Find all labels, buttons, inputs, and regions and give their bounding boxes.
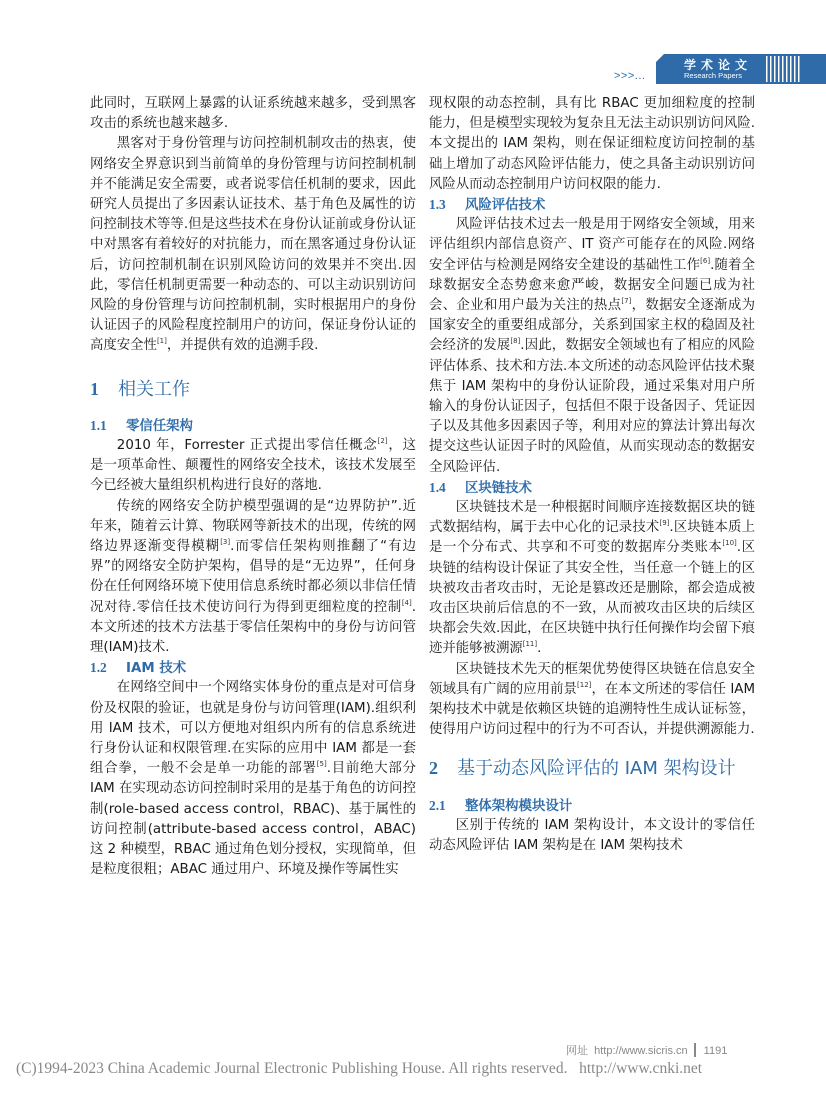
section-heading-2: 2基于动态风险评估的 IAM 架构设计 [429,758,755,779]
section-badge: 学术论文 Research Papers [656,54,826,84]
subsection-title: 整体架构模块设计 [465,797,572,817]
right-column: 现权限的动态控制，具有比 RBAC 更加细粒度的控制能力，但是模型实现较为复杂且… [429,94,755,856]
citation-ref[interactable]: [8] [510,337,520,345]
paragraph: 黑客对于身份管理与访问控制机制攻击的热衷，使网络安全界意识到当前简单的身份管理与… [90,134,416,356]
text: . [537,641,541,656]
section-heading-1: 1相关工作 [90,379,416,400]
url-label: 网址 [566,1045,588,1057]
subsection-number: 1.2 [90,658,126,678]
section-number: 2 [429,758,457,778]
subsection-heading-2-1: 2.1整体架构模块设计 [429,796,755,816]
text: 2010 年，Forrester 正式提出零信任概念 [117,438,378,453]
citation-ref[interactable]: [1] [157,337,167,345]
text: .因此，数据安全领域也有了相应的风险评估体系、技术和方法.本文所述的动态风险评估… [429,338,755,474]
citation-ref[interactable]: [7] [621,297,631,305]
citation-ref[interactable]: [10] [722,539,736,547]
text: ，并提供有效的追溯手段. [167,338,319,353]
subsection-heading-1-2: 1.2IAM 技术 [90,658,416,678]
paragraph: 传统的网络安全防护模型强调的是“边界防护”.近年来，随着云计算、物联网等新技术的… [90,497,416,659]
paragraph: 风险评估技术过去一般是用于网络安全领域，用来评估组织内部信息资产、IT 资产可能… [429,215,755,478]
paragraph: 2010 年，Forrester 正式提出零信任概念[2]，这是一项革命性、颠覆… [90,436,416,497]
left-column: 此同时，互联网上暴露的认证系统越来越多，受到黑客攻击的系统也越来越多. 黑客对于… [90,94,416,880]
paragraph: 区块链技术是一种根据时间顺序连接数据区块的链式数据结构，属于去中心化的记录技术[… [429,498,755,660]
section-number: 1 [90,379,118,399]
section-title: 相关工作 [118,380,190,400]
paragraph: 在网络空间中一个网络实体身份的重点是对可信身份及权限的验证，也就是身份与访问管理… [90,678,416,880]
subsection-number: 2.1 [429,796,465,816]
paragraph: 区块链技术先天的框架优势使得区块链在信息安全领域具有广阔的应用前景[12]，在本… [429,660,755,741]
badge-subtitle: Research Papers [684,71,742,80]
text: .目前绝大部分 IAM 在实现动态访问控制时采用的是基于角色的访问控制(role… [90,761,416,877]
citation-ref[interactable]: [12] [577,681,591,689]
page-number: 1191 [704,1045,728,1057]
subsection-title: 风险评估技术 [465,196,545,216]
section-title: 基于动态风险评估的 IAM 架构设计 [457,759,736,779]
cnki-link[interactable]: http://www.cnki.net [579,1060,702,1077]
badge-stripes-decoration [766,56,800,82]
citation-ref[interactable]: [6] [700,257,710,265]
citation-ref[interactable]: [9] [659,519,669,527]
citation-ref[interactable]: [5] [317,760,327,768]
footer-url-line: 网址 http://www.sicris.cn1191 [566,1042,727,1058]
text: 黑客对于身份管理与访问控制机制攻击的热衷，使网络安全界意识到当前简单的身份管理与… [90,136,416,353]
citation-ref[interactable]: [3] [220,538,230,546]
subsection-heading-1-4: 1.4区块链技术 [429,478,755,498]
subsection-number: 1.1 [90,416,126,436]
copyright-text: (C)1994-2023 China Academic Journal Elec… [16,1060,567,1077]
copyright-line: (C)1994-2023 China Academic Journal Elec… [16,1060,702,1078]
paragraph: 现权限的动态控制，具有比 RBAC 更加细粒度的控制能力，但是模型实现较为复杂且… [429,94,755,195]
subsection-title: 零信任架构 [126,417,193,437]
citation-ref[interactable]: [11] [523,640,537,648]
header-arrows: >>>... [614,70,645,82]
citation-ref[interactable]: [4] [402,599,412,607]
subsection-number: 1.3 [429,195,465,215]
subsection-number: 1.4 [429,478,465,498]
subsection-title: IAM 技术 [126,659,186,679]
subsection-heading-1-1: 1.1零信任架构 [90,416,416,436]
paragraph: 区别于传统的 IAM 架构设计，本文设计的零信任动态风险评估 IAM 架构是在 … [429,816,755,856]
journal-url-link[interactable]: http://www.sicris.cn [594,1045,688,1057]
subsection-title: 区块链技术 [465,479,532,499]
text: .区块链的结构设计保证了其安全性，当任意一个链上的区块被攻击者攻击时，无论是篡改… [429,540,755,656]
paragraph: 此同时，互联网上暴露的认证系统越来越多，受到黑客攻击的系统也越来越多. [90,94,416,134]
footer-divider [694,1043,696,1057]
subsection-heading-1-3: 1.3风险评估技术 [429,195,755,215]
citation-ref[interactable]: [2] [378,437,388,445]
